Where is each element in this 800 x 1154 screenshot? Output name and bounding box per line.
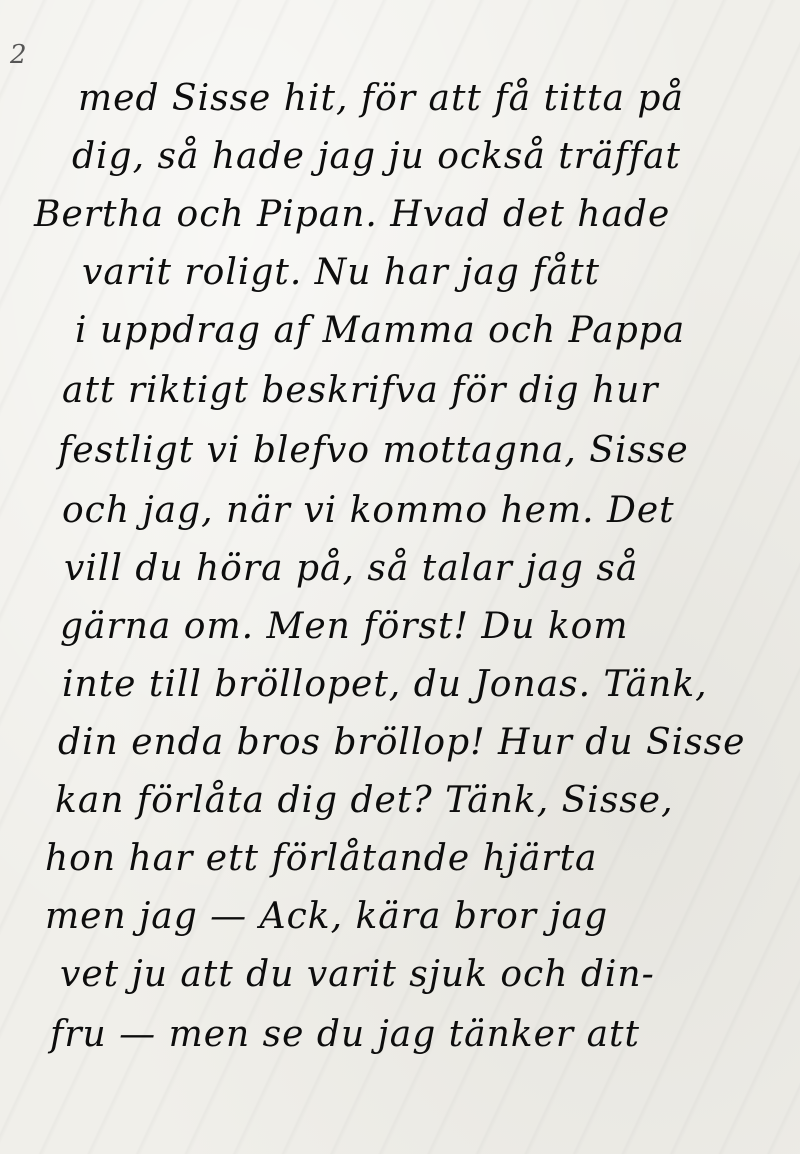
handwritten-line: din enda bros bröllop! Hur du Sisse (58, 722, 745, 763)
handwritten-line: hon har ett förlåtande hjärta (45, 838, 598, 879)
handwritten-line: festligt vi blefvo mottagna, Sisse (58, 430, 689, 471)
handwritten-line: vet ju att du varit sjuk och din- (60, 954, 655, 995)
handwritten-line: vill du höra på, så talar jag så (64, 548, 638, 589)
handwritten-line: kan förlåta dig det? Tänk, Sisse, (55, 780, 674, 821)
handwritten-line: inte till bröllopet, du Jonas. Tänk, (62, 664, 708, 705)
handwritten-line: men jag — Ack, kära bror jag (45, 896, 608, 937)
handwritten-line: gärna om. Men först! Du kom (60, 606, 628, 647)
handwritten-line: fru — men se du jag tänker att (50, 1014, 640, 1055)
letter-page: 2 med Sisse hit, för att få titta pådig,… (0, 0, 800, 1154)
handwritten-line: och jag, när vi kommo hem. Det (62, 490, 675, 531)
handwritten-line: i uppdrag af Mamma och Pappa (75, 310, 685, 351)
handwritten-line: med Sisse hit, för att få titta på (78, 78, 684, 119)
handwritten-line: Bertha och Pipan. Hvad det hade (34, 194, 670, 235)
handwritten-line: att riktigt beskrifva för dig hur (62, 370, 659, 411)
handwritten-line: varit roligt. Nu har jag fått (82, 252, 600, 293)
handwritten-line: dig, så hade jag ju också träffat (72, 136, 681, 177)
page-number: 2 (10, 40, 27, 70)
